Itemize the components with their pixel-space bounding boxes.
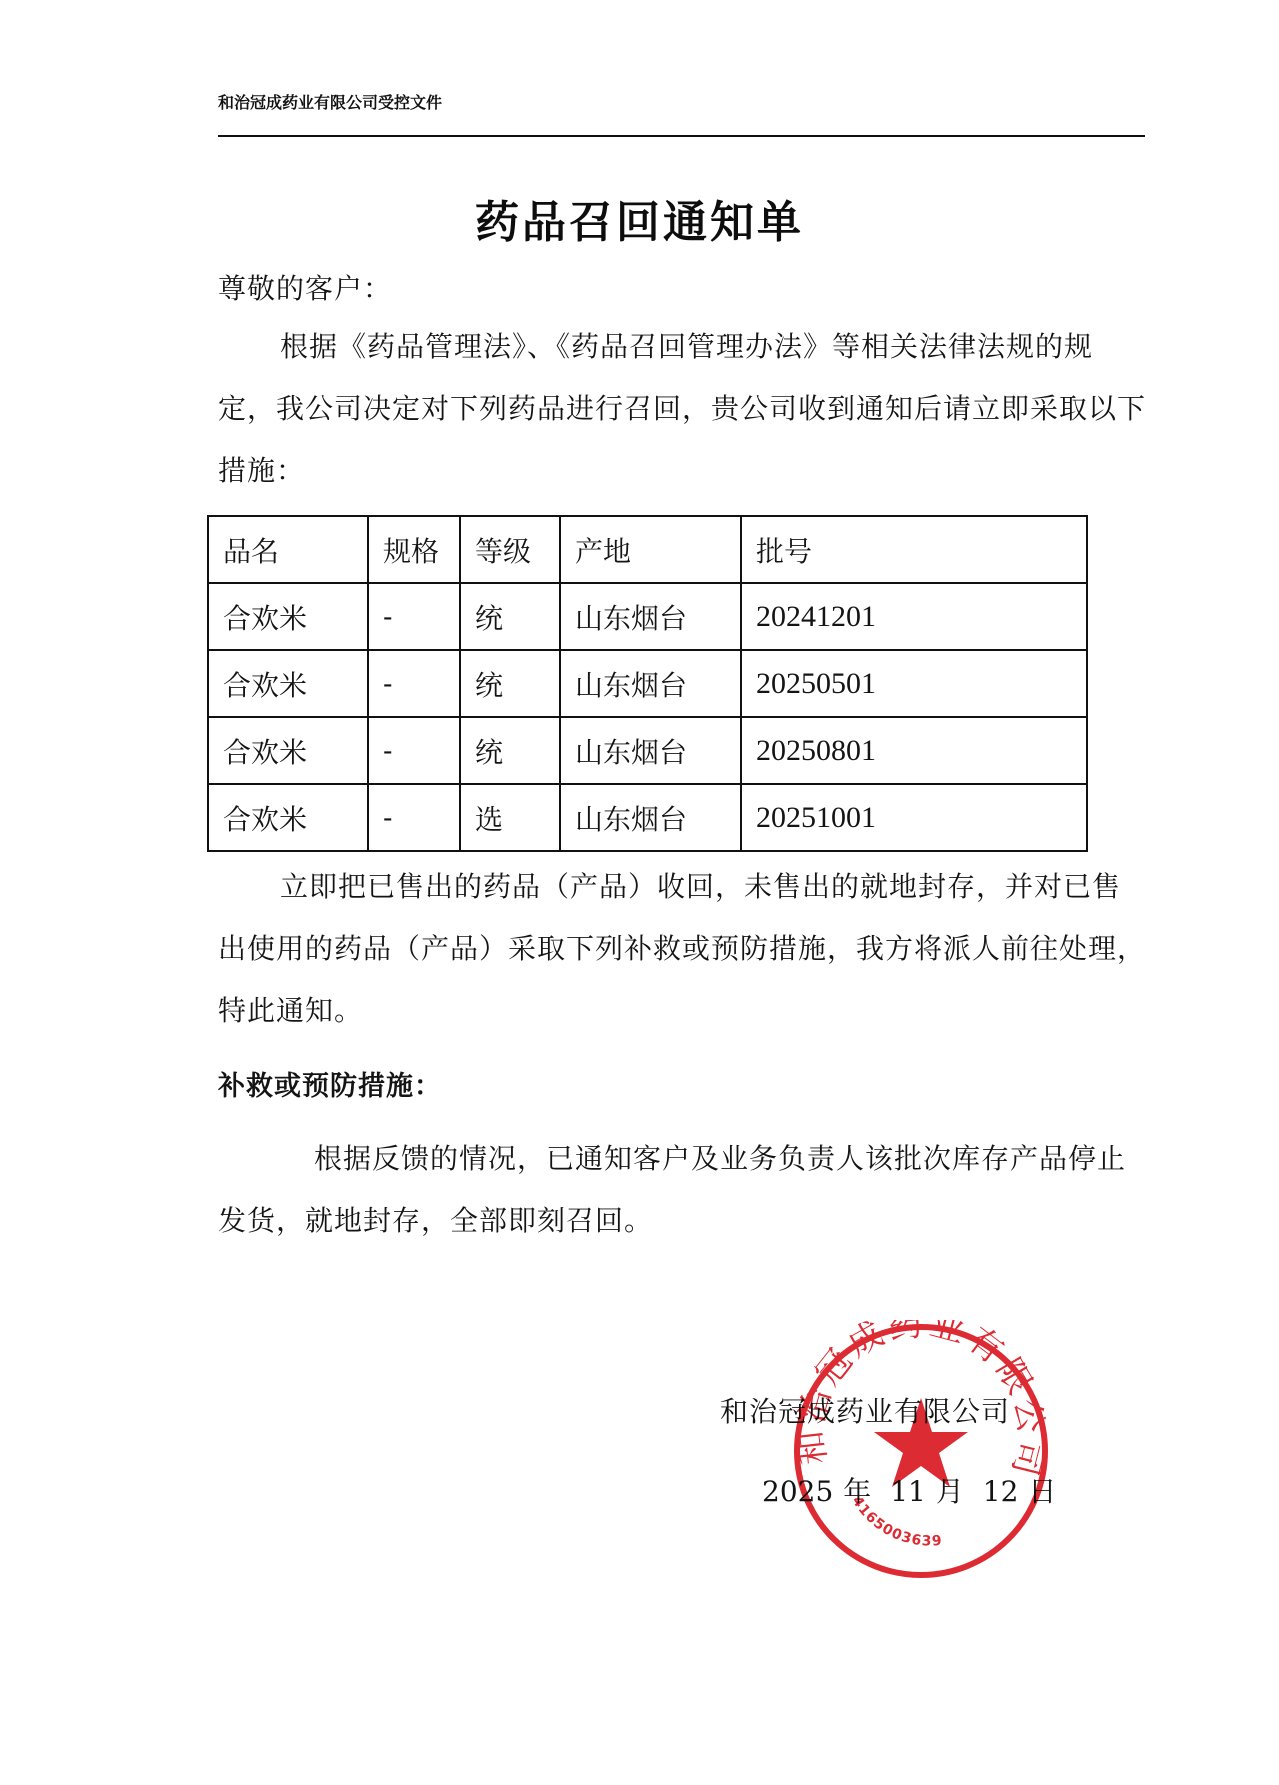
cell-spec: - [368,583,460,650]
cell-grade: 统 [460,650,560,717]
table-row: 合欢米 - 统 山东烟台 20250501 [208,650,1087,717]
intro-paragraph: 根据《药品管理法》、《药品召回管理办法》等相关法律法规的规定，我公司决定对下列药… [218,316,1148,502]
cell-name: 合欢米 [208,784,368,851]
cell-name: 合欢米 [208,650,368,717]
star-icon [874,1398,968,1487]
company-seal-stamp: 和治冠成药业有限公司 41650036393 [790,1320,1052,1582]
cell-origin: 山东烟台 [560,784,741,851]
recall-table: 品名 规格 等级 产地 批号 合欢米 - 统 山东烟台 20241201 合欢米… [207,515,1088,852]
column-header-batch: 批号 [741,516,1087,583]
cell-name: 合欢米 [208,583,368,650]
cell-batch: 20250501 [741,650,1087,717]
cell-spec: - [368,717,460,784]
remedy-paragraph: 根据反馈的情况，已通知客户及业务负责人该批次库存产品停止发货，就地封存，全部即刻… [218,1128,1148,1252]
cell-batch: 20250801 [741,717,1087,784]
remedy-heading: 补救或预防措施： [218,1064,442,1103]
cell-origin: 山东烟台 [560,583,741,650]
page-title: 药品召回通知单 [0,186,1279,250]
cell-batch: 20241201 [741,583,1087,650]
cell-grade: 统 [460,583,560,650]
table-row: 合欢米 - 统 山东烟台 20241201 [208,583,1087,650]
cell-origin: 山东烟台 [560,650,741,717]
cell-batch: 20251001 [741,784,1087,851]
column-header-grade: 等级 [460,516,560,583]
action-paragraph: 立即把已售出的药品（产品）收回，未售出的就地封存，并对已售出使用的药品（产品）采… [218,856,1148,1042]
column-header-spec: 规格 [368,516,460,583]
cell-spec: - [368,784,460,851]
table-row: 合欢米 - 统 山东烟台 20250801 [208,717,1087,784]
salutation: 尊敬的客户： [218,258,1148,320]
cell-name: 合欢米 [208,717,368,784]
table-header-row: 品名 规格 等级 产地 批号 [208,516,1087,583]
table-row: 合欢米 - 选 山东烟台 20251001 [208,784,1087,851]
cell-spec: - [368,650,460,717]
cell-origin: 山东烟台 [560,717,741,784]
column-header-name: 品名 [208,516,368,583]
column-header-origin: 产地 [560,516,741,583]
cell-grade: 统 [460,717,560,784]
controlled-document-header: 和治冠成药业有限公司受控文件 [218,90,442,113]
cell-grade: 选 [460,784,560,851]
header-divider [218,135,1145,137]
